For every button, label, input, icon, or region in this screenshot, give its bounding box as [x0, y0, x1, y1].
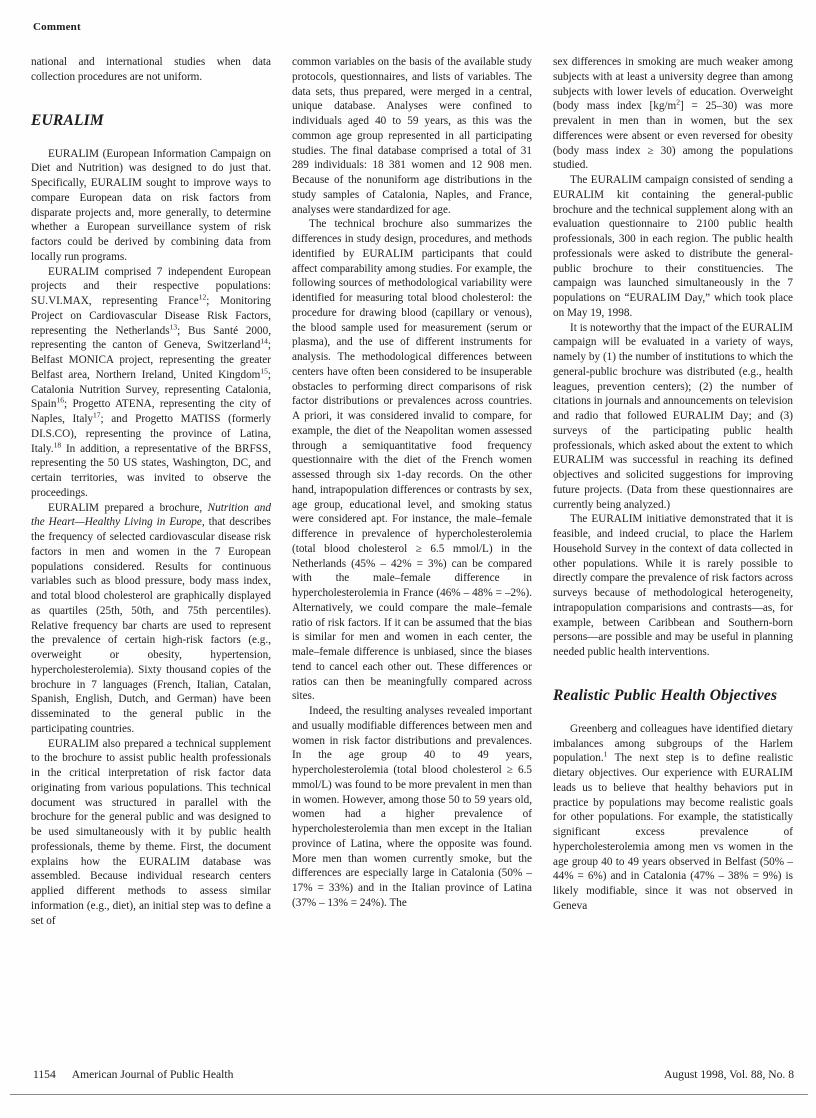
footer-rule — [10, 1094, 808, 1095]
column-left: national and international studies when … — [31, 55, 271, 1050]
reference-superscript: 16 — [56, 396, 64, 405]
paragraph: sex differences in smoking are much weak… — [553, 55, 793, 173]
reference-superscript: 12 — [199, 292, 207, 301]
reference-superscript: 18 — [54, 440, 62, 449]
paragraph: EURALIM (European Information Campaign o… — [31, 147, 271, 265]
page-footer: 1154 American Journal of Public Health A… — [33, 1068, 794, 1081]
paragraph: EURALIM comprised 7 independent European… — [31, 265, 271, 501]
paragraph: The EURALIM campaign consisted of sendin… — [553, 173, 793, 321]
reference-superscript: 15 — [260, 366, 268, 375]
italic-title: Nutrition and the Heart—Healthy Living i… — [31, 502, 271, 529]
reference-superscript: 13 — [170, 322, 178, 331]
paragraph: Greenberg and colleagues have identified… — [553, 722, 793, 914]
page-number: 1154 — [33, 1068, 56, 1081]
journal-page: Comment national and international studi… — [0, 0, 816, 1118]
reference-superscript: 2 — [676, 98, 680, 107]
reference-superscript: 17 — [93, 410, 101, 419]
reference-superscript: 14 — [260, 337, 268, 346]
column-middle: common variables on the basis of the ava… — [292, 55, 532, 1050]
paragraph: EURALIM also prepared a technical supple… — [31, 737, 271, 929]
running-head-section-label: Comment — [33, 21, 81, 33]
issue-info: August 1998, Vol. 88, No. 8 — [664, 1068, 794, 1081]
paragraph: Indeed, the resulting analyses revealed … — [292, 704, 532, 911]
article-columns: national and international studies when … — [31, 55, 793, 1050]
reference-superscript: 1 — [604, 750, 608, 759]
paragraph: It is noteworthy that the impact of the … — [553, 321, 793, 513]
paragraph: The EURALIM initiative demonstrated that… — [553, 512, 793, 660]
paragraph: The technical brochure also summarizes t… — [292, 217, 532, 704]
column-right: sex differences in smoking are much weak… — [553, 55, 793, 1050]
section-heading: Realistic Public Health Objectives — [553, 687, 793, 705]
section-heading: EURALIM — [31, 112, 271, 130]
journal-title: American Journal of Public Health — [72, 1068, 234, 1081]
paragraph: EURALIM prepared a brochure, Nutrition a… — [31, 501, 271, 737]
paragraph: common variables on the basis of the ava… — [292, 55, 532, 217]
paragraph: national and international studies when … — [31, 55, 271, 85]
